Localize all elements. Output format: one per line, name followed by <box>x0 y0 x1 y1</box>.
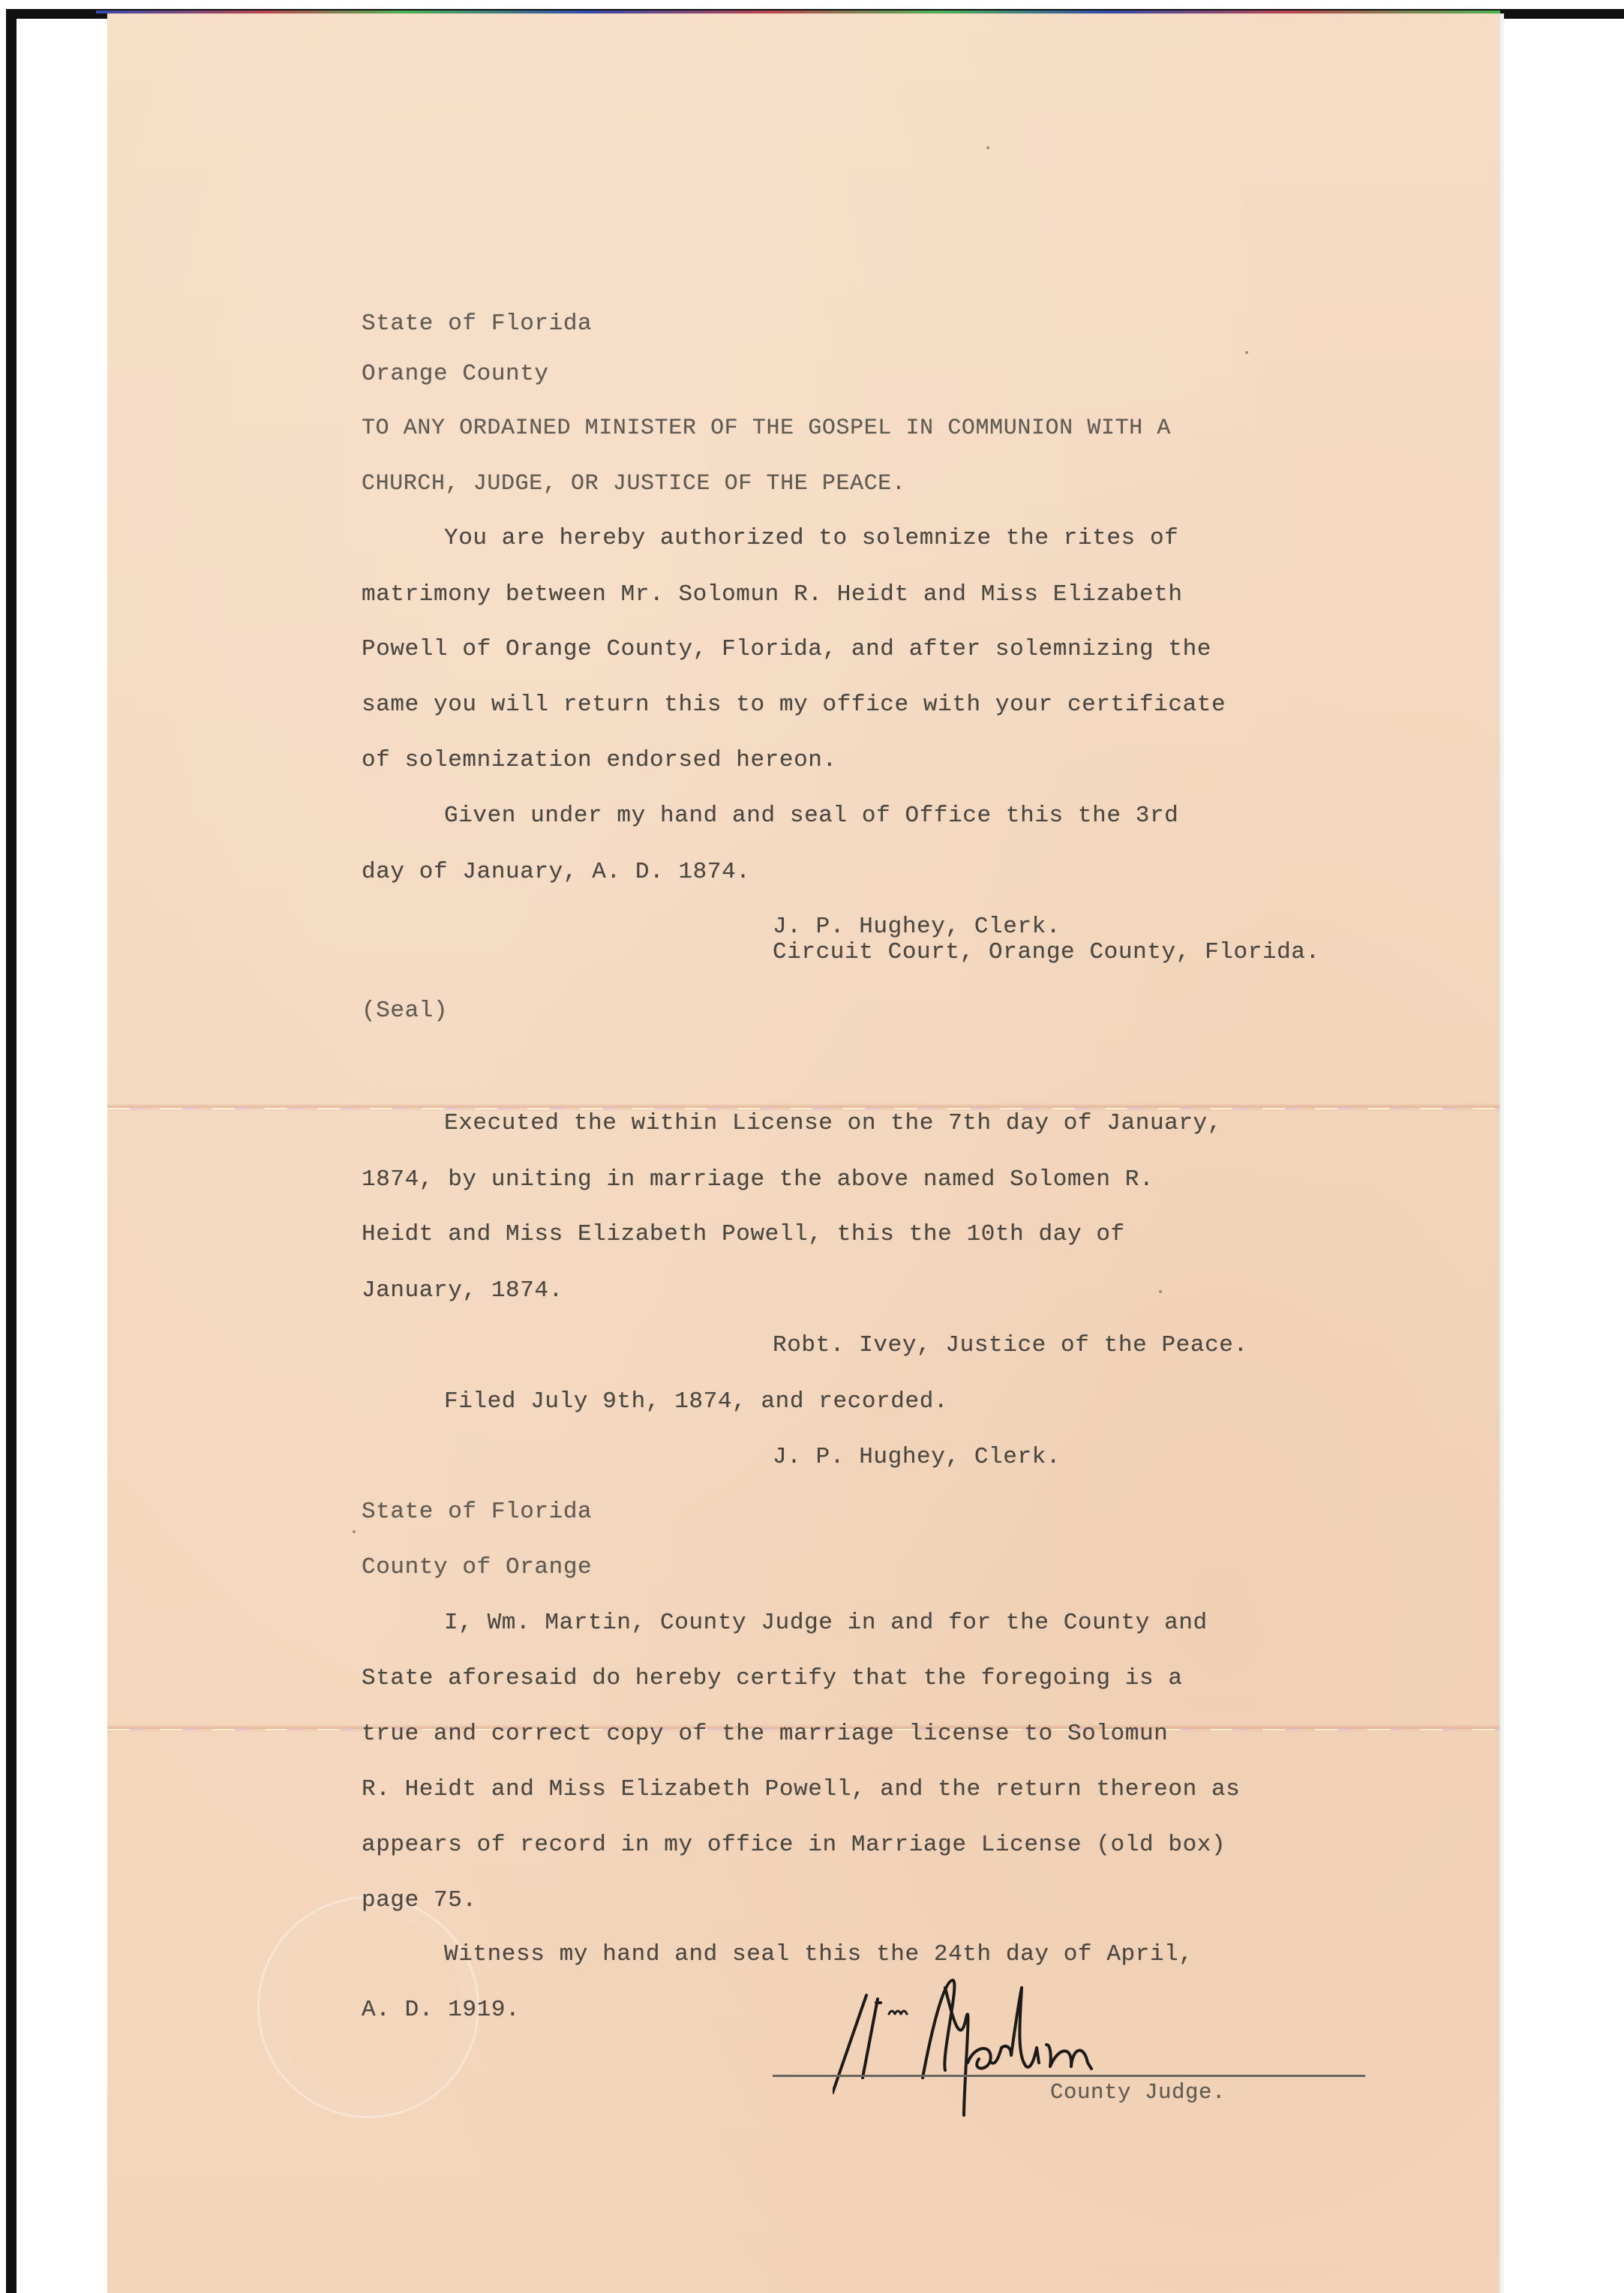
execution-line: Heidt and Miss Elizabeth Powell, this th… <box>362 1221 1125 1248</box>
execution-line: 1874, by uniting in marriage the above n… <box>362 1166 1154 1193</box>
license-body-line: You are hereby authorized to solemnize t… <box>444 525 1178 552</box>
paper-speck <box>1245 351 1248 354</box>
clerk-name: J. P. Hughey, Clerk. <box>773 914 1061 941</box>
cert-body-line: page 75. <box>362 1887 477 1914</box>
license-body-line: Powell of Orange County, Florida, and af… <box>362 636 1211 663</box>
license-body-line: same you will return this to my office w… <box>362 692 1226 719</box>
header-address-line1: TO ANY ORDAINED MINISTER OF THE GOSPEL I… <box>362 415 1171 442</box>
header-county: Orange County <box>362 361 549 388</box>
header-address-line2: CHURCH, JUDGE, OR JUSTICE OF THE PEACE. <box>362 470 906 497</box>
filed-clerk: J. P. Hughey, Clerk. <box>773 1444 1061 1471</box>
cert-body-line: true and correct copy of the marriage li… <box>362 1721 1168 1748</box>
cert-state: State of Florida <box>362 1499 592 1526</box>
filed-line: Filed July 9th, 1874, and recorded. <box>444 1388 948 1415</box>
witness-line: Witness my hand and seal this the 24th d… <box>444 1941 1193 1968</box>
signature-rule <box>773 2075 1365 2077</box>
clerk-office: Circuit Court, Orange County, Florida. <box>773 939 1320 966</box>
header-state: State of Florida <box>362 311 592 338</box>
seal-label: (Seal) <box>362 998 448 1025</box>
cert-body-line: R. Heidt and Miss Elizabeth Powell, and … <box>362 1776 1240 1803</box>
paper-speck <box>986 146 989 149</box>
scan-color-stripe <box>96 11 1500 14</box>
license-body-line: of solemnization endorsed hereon. <box>362 747 837 774</box>
given-line: day of January, A. D. 1874. <box>362 859 750 886</box>
cert-body-line: I, Wm. Martin, County Judge in and for t… <box>444 1610 1208 1637</box>
witness-line: A. D. 1919. <box>362 1997 520 2024</box>
execution-line: January, 1874. <box>362 1277 563 1304</box>
justice-signature: Robt. Ivey, Justice of the Peace. <box>773 1332 1248 1359</box>
license-body-line: matrimony between Mr. Solomun R. Heidt a… <box>362 581 1183 608</box>
given-line: Given under my hand and seal of Office t… <box>444 803 1178 830</box>
paper-speck <box>353 1530 356 1533</box>
cert-county: County of Orange <box>362 1554 592 1581</box>
cert-body-line: State aforesaid do hereby certify that t… <box>362 1665 1183 1692</box>
execution-line: Executed the within License on the 7th d… <box>444 1110 1222 1137</box>
paper-speck <box>1159 1290 1162 1293</box>
scanner-left-border <box>6 9 17 2293</box>
cert-body-line: appears of record in my office in Marria… <box>362 1832 1226 1859</box>
judge-title: County Judge. <box>1050 2079 1226 2106</box>
scan-margin <box>17 19 107 2293</box>
